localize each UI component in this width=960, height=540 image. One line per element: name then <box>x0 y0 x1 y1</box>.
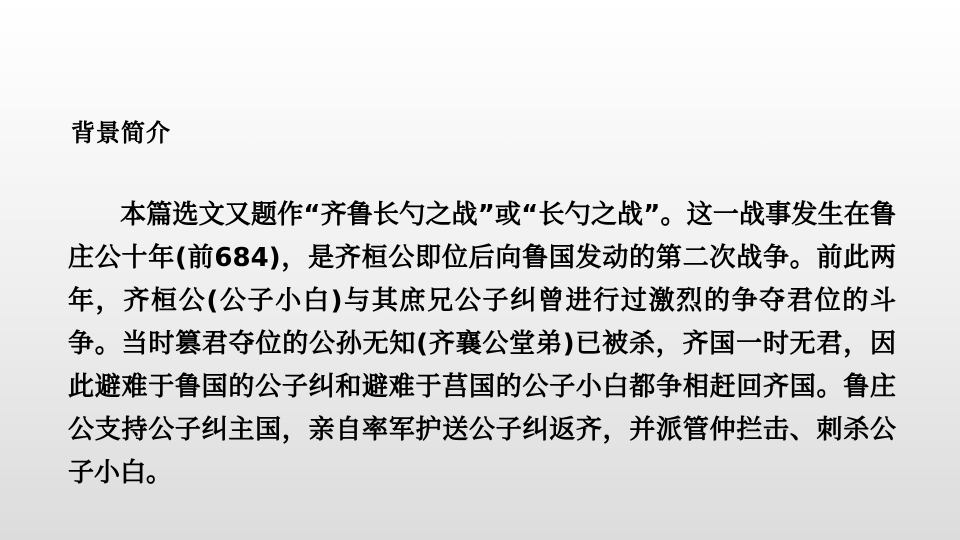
presentation-slide: 背景简介 本篇选文又题作“齐鲁长勺之战”或“长勺之战”。这一战事发生在鲁庄公十年… <box>0 0 960 540</box>
slide-body-text: 本篇选文又题作“齐鲁长勺之战”或“长勺之战”。这一战事发生在鲁庄公十年(前684… <box>68 194 896 495</box>
slide-title: 背景简介 <box>71 120 171 148</box>
